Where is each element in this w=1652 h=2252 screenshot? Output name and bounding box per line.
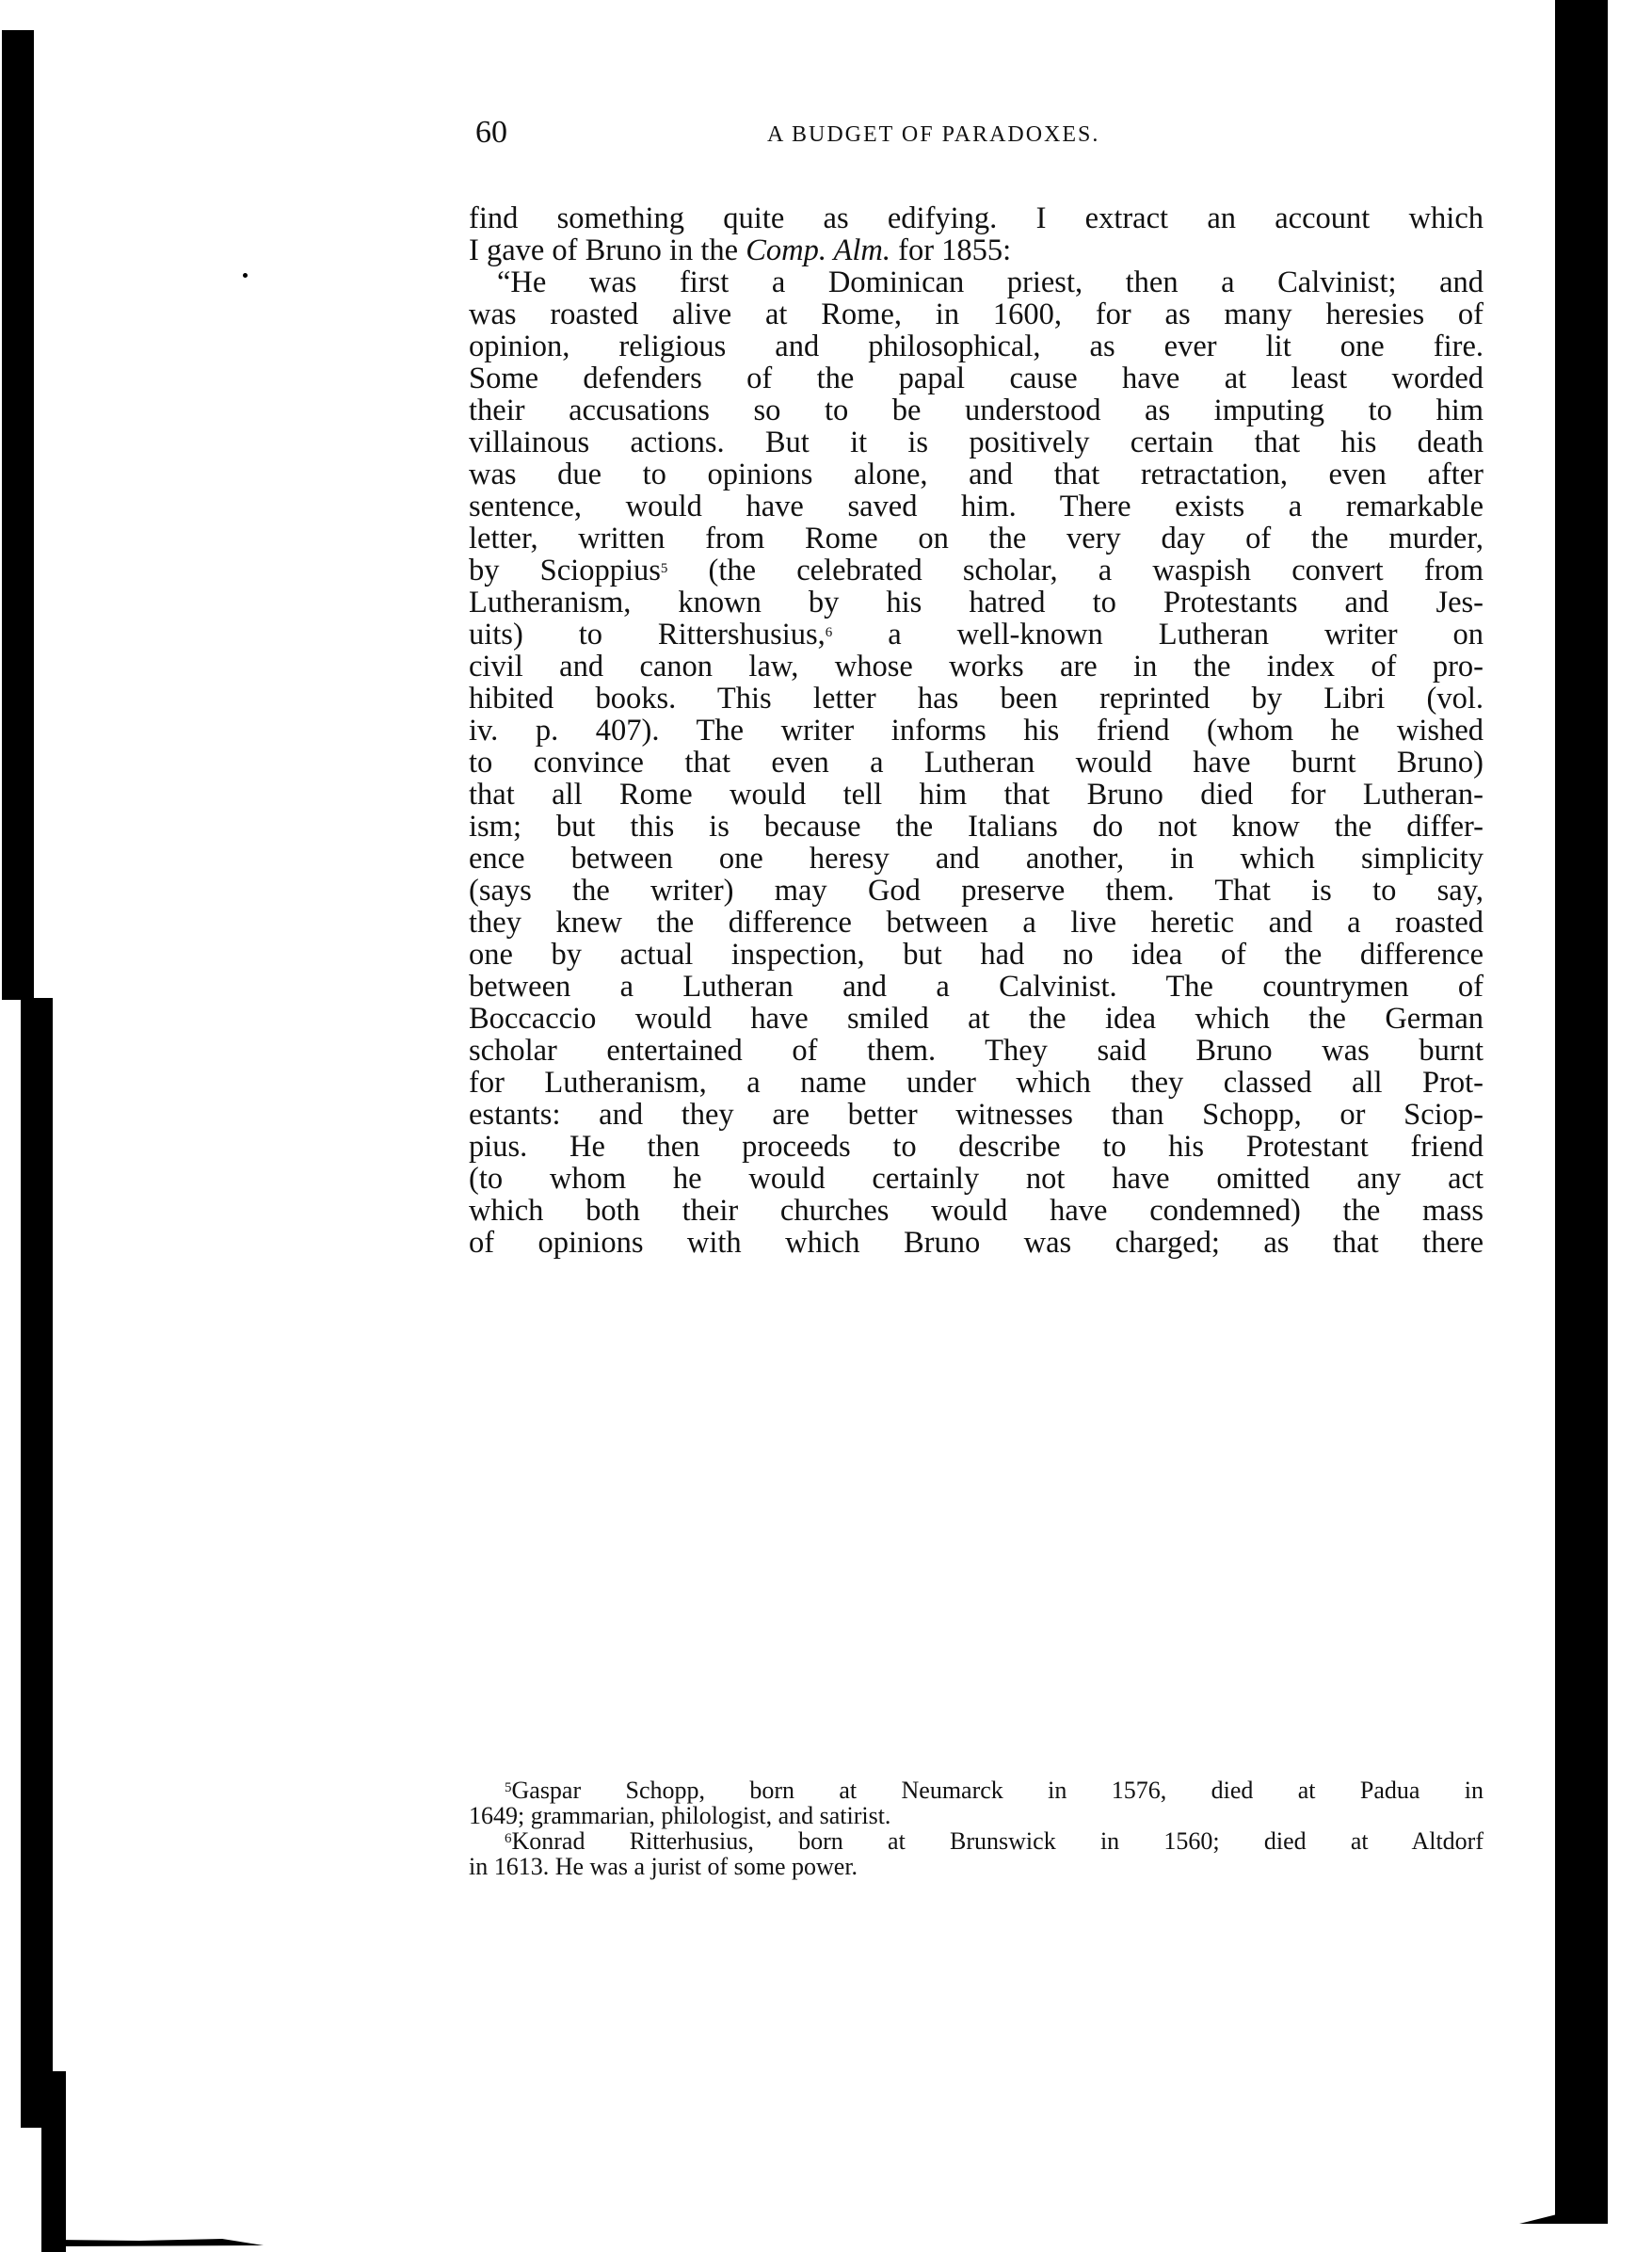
text-line: iv. p. 407). The writer informs his frie…: [469, 715, 1484, 747]
text-line: for Lutheranism, a name under which they…: [469, 1067, 1484, 1099]
footnote-5: 5Gaspar Schopp, born at Neumarck in 1576…: [469, 1777, 1484, 1803]
text-line: I gave of Bruno in the Comp. Alm. for 18…: [469, 234, 1484, 266]
text-line: opinion, religious and philosophical, as…: [469, 330, 1484, 362]
footnotes: 5Gaspar Schopp, born at Neumarck in 1576…: [469, 1777, 1484, 1879]
text-span: by Scioppius: [469, 554, 661, 587]
text-line: Some defenders of the papal cause have a…: [469, 362, 1484, 394]
scan-edge-left: [2, 30, 34, 1000]
page-header: 60 A BUDGET OF PARADOXES.: [475, 115, 1483, 162]
text-line: ence between one heresy and another, in …: [469, 843, 1484, 875]
footnote-text: Konrad Ritterhusius, born at Brunswick i…: [512, 1827, 1484, 1855]
footnote-ref[interactable]: 6: [826, 625, 833, 640]
text-line: they knew the difference between a live …: [469, 907, 1484, 939]
text-line: was roasted alive at Rome, in 1600, for …: [469, 298, 1484, 330]
text-line: (to whom he would certainly not have omi…: [469, 1163, 1484, 1195]
scan-edge-left: [21, 998, 53, 2128]
text-span: for 1855:: [890, 233, 1011, 267]
text-line: between a Lutheran and a Calvinist. The …: [469, 971, 1484, 1003]
text-line: hibited books. This letter has been repr…: [469, 683, 1484, 715]
text-line: to convince that even a Lutheran would h…: [469, 747, 1484, 779]
text-span: (the celebrated scholar, a waspish conve…: [667, 554, 1484, 587]
text-span: uits) to Rittershusius,: [469, 618, 826, 651]
scan-edge-bottom-right: [1519, 2214, 1557, 2224]
text-line: ism; but this is because the Italians do…: [469, 811, 1484, 843]
text-line: villainous actions. But it is positively…: [469, 426, 1484, 458]
footnote-6-cont: in 1613. He was a jurist of some power.: [469, 1854, 1484, 1879]
page-number: 60: [475, 115, 507, 151]
text-line: “He was first a Dominican priest, then a…: [469, 266, 1484, 298]
footnote-marker: 6: [505, 1831, 512, 1846]
footnote-5-cont: 1649; grammarian, philologist, and satir…: [469, 1803, 1484, 1828]
footnote-marker: 5: [505, 1780, 512, 1795]
text-line: uits) to Rittershusius,6 a well-known Lu…: [469, 619, 1484, 651]
footnote-text: Gaspar Schopp, born at Neumarck in 1576,…: [512, 1777, 1484, 1804]
text-span: a well-known Lutheran writer on: [832, 618, 1484, 651]
text-line: Boccaccio would have smiled at the idea …: [469, 1003, 1484, 1035]
text-line: find something quite as edifying. I extr…: [469, 202, 1484, 234]
text-line: pius. He then proceeds to describe to hi…: [469, 1131, 1484, 1163]
text-line: scholar entertained of them. They said B…: [469, 1035, 1484, 1067]
text-line: estants: and they are better witnesses t…: [469, 1099, 1484, 1131]
text-line: that all Rome would tell him that Bruno …: [469, 779, 1484, 811]
text-span: I gave of Bruno in the: [469, 233, 746, 267]
scan-edge-right: [1555, 0, 1608, 2224]
italic-title: Comp. Alm.: [746, 233, 890, 267]
text-line: which both their churches would have con…: [469, 1195, 1484, 1227]
text-line: civil and canon law, whose works are in …: [469, 651, 1484, 683]
text-line: their accusations so to be understood as…: [469, 394, 1484, 426]
body-text: find something quite as edifying. I extr…: [469, 202, 1484, 1259]
scan-edge-left: [41, 2071, 66, 2252]
running-title: A BUDGET OF PARADOXES.: [767, 122, 1099, 148]
scan-edge-bottom-left: [56, 2237, 264, 2246]
text-line: by Scioppius5 (the celebrated scholar, a…: [469, 555, 1484, 587]
footnote-ref[interactable]: 5: [661, 561, 668, 576]
footnote-6: 6Konrad Ritterhusius, born at Brunswick …: [469, 1828, 1484, 1854]
text-line: was due to opinions alone, and that retr…: [469, 458, 1484, 491]
text-line: letter, written from Rome on the very da…: [469, 523, 1484, 555]
text-line: sentence, would have saved him. There ex…: [469, 491, 1484, 523]
text-line: (says the writer) may God preserve them.…: [469, 875, 1484, 907]
text-line: Lutheranism, known by his hatred to Prot…: [469, 587, 1484, 619]
scan-speck: [243, 273, 248, 278]
text-line: of opinions with which Bruno was charged…: [469, 1227, 1484, 1259]
text-line: one by actual inspection, but had no ide…: [469, 939, 1484, 971]
